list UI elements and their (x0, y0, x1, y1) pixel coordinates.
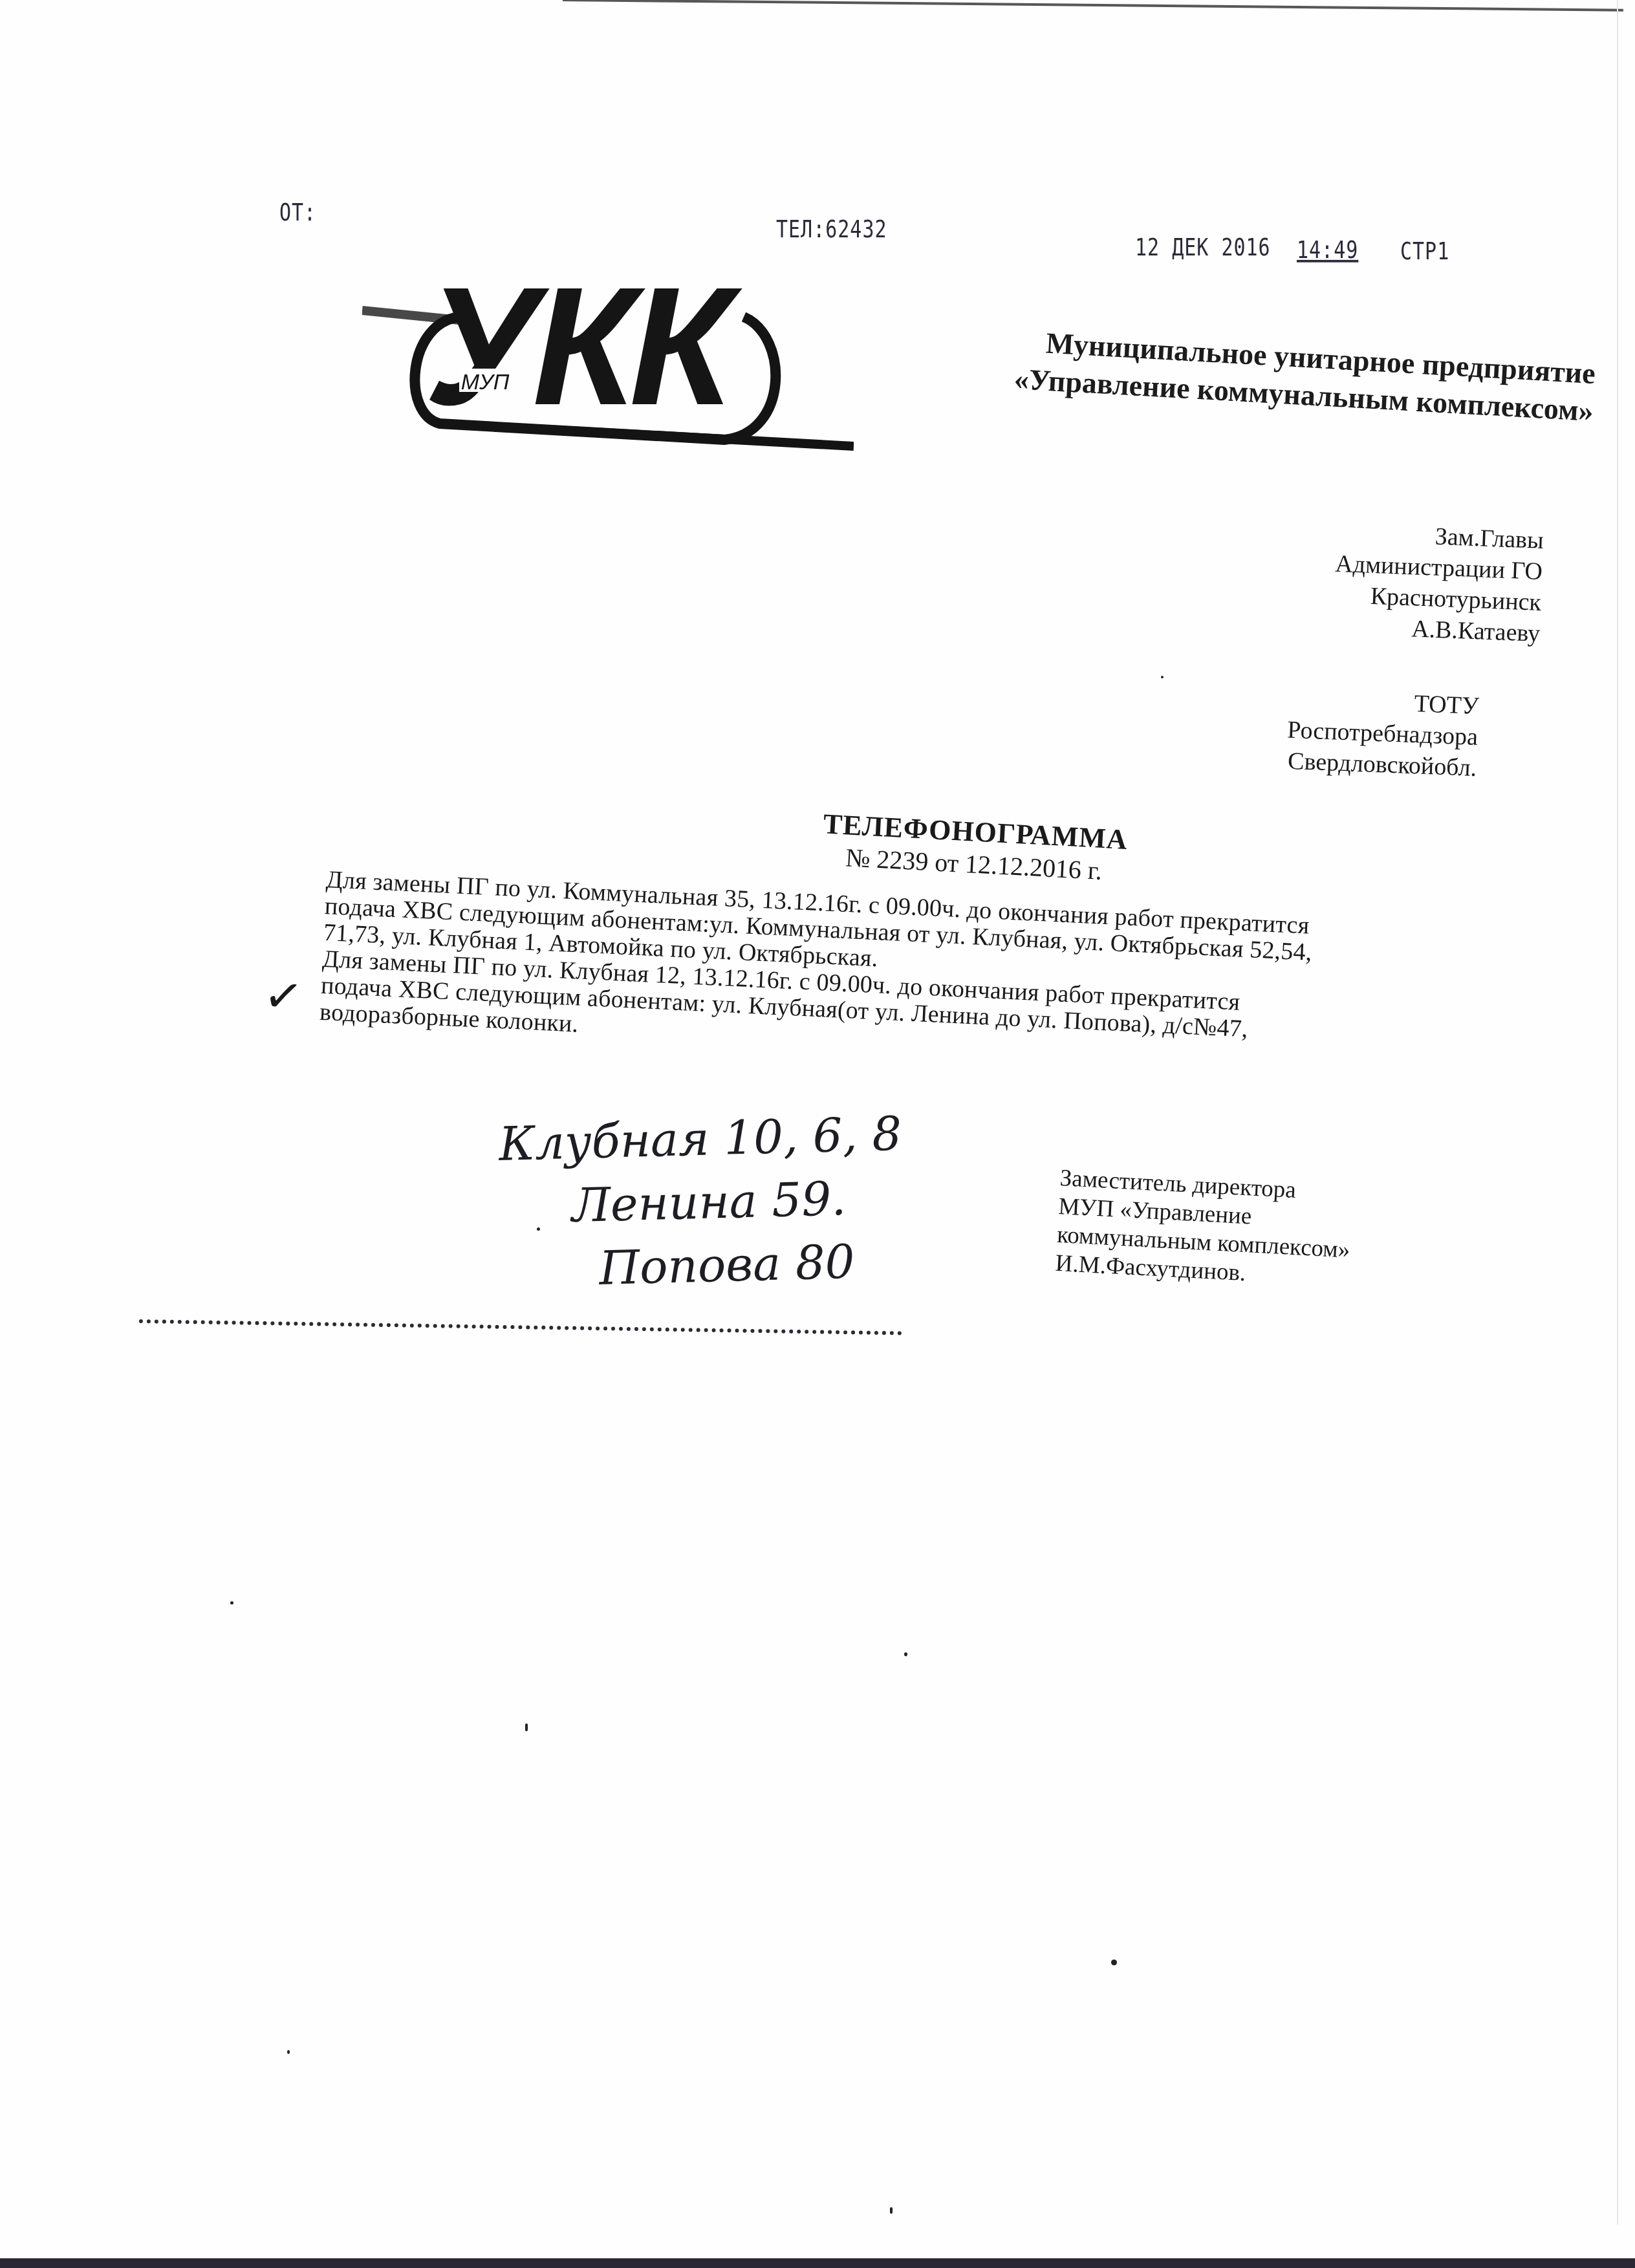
scan-speck (525, 1723, 528, 1731)
fax-time: 14:49 (1297, 237, 1358, 265)
handwritten-note: Клубная 10, 6, 8 (498, 1102, 902, 1176)
scan-speck (537, 1227, 540, 1231)
scan-speck (230, 1601, 233, 1604)
addressee-deputy-head: Зам.Главы Администрации ГО Краснотурьинс… (1332, 517, 1544, 649)
svg-text:УКК: УКК (425, 253, 742, 440)
svg-text:МУП: МУП (461, 370, 510, 394)
company-name: Муниципальное унитарное предприятие «Упр… (908, 317, 1597, 430)
scan-edge-bottom (0, 2258, 1635, 2268)
scan-speck (287, 2050, 290, 2054)
scan-speck (1161, 676, 1164, 678)
handwritten-note: Попова 80 (598, 1229, 905, 1300)
fax-date: 12 ДЕК 2016 (1135, 234, 1271, 263)
scan-speck (1111, 1960, 1117, 1965)
company-logo: УКК МУП (362, 239, 854, 453)
ukk-logo-icon: УКК МУП (362, 239, 854, 453)
addressee-line: Свердловскойобл. (1286, 746, 1477, 784)
document-title-block: ТЕЛЕФОНОГРАММА № 2239 от 12.12.2016 г. (779, 805, 1170, 890)
fax-document-page: ОТ: ТЕЛ:62432 12 ДЕК 2016 14:49 СТР1 УКК… (0, 0, 1635, 2268)
scan-speck (904, 1652, 907, 1656)
fax-cut-line (139, 1319, 902, 1335)
handwritten-notes: Клубная 10, 6, 8 Ленина 59. Попова 80 (498, 1102, 905, 1302)
fax-from-label: ОТ: (279, 199, 316, 228)
handwritten-check-icon: ✓ (260, 966, 306, 1026)
document-body: Для замены ПГ по ул. Коммунальная 35, 13… (319, 867, 1592, 1085)
handwritten-note: Ленина 59. (571, 1165, 904, 1237)
addressee-rospotrebnadzor: ТОТУ Роспотребнадзора Свердловскойобл. (1286, 684, 1480, 784)
fax-page: СТР1 (1400, 238, 1449, 266)
scan-edge-right (1617, 0, 1618, 2225)
scan-speck (890, 2207, 893, 2214)
signature-block: Заместитель директора МУП «Управление ко… (1055, 1164, 1354, 1293)
scan-edge-top (563, 0, 1623, 12)
